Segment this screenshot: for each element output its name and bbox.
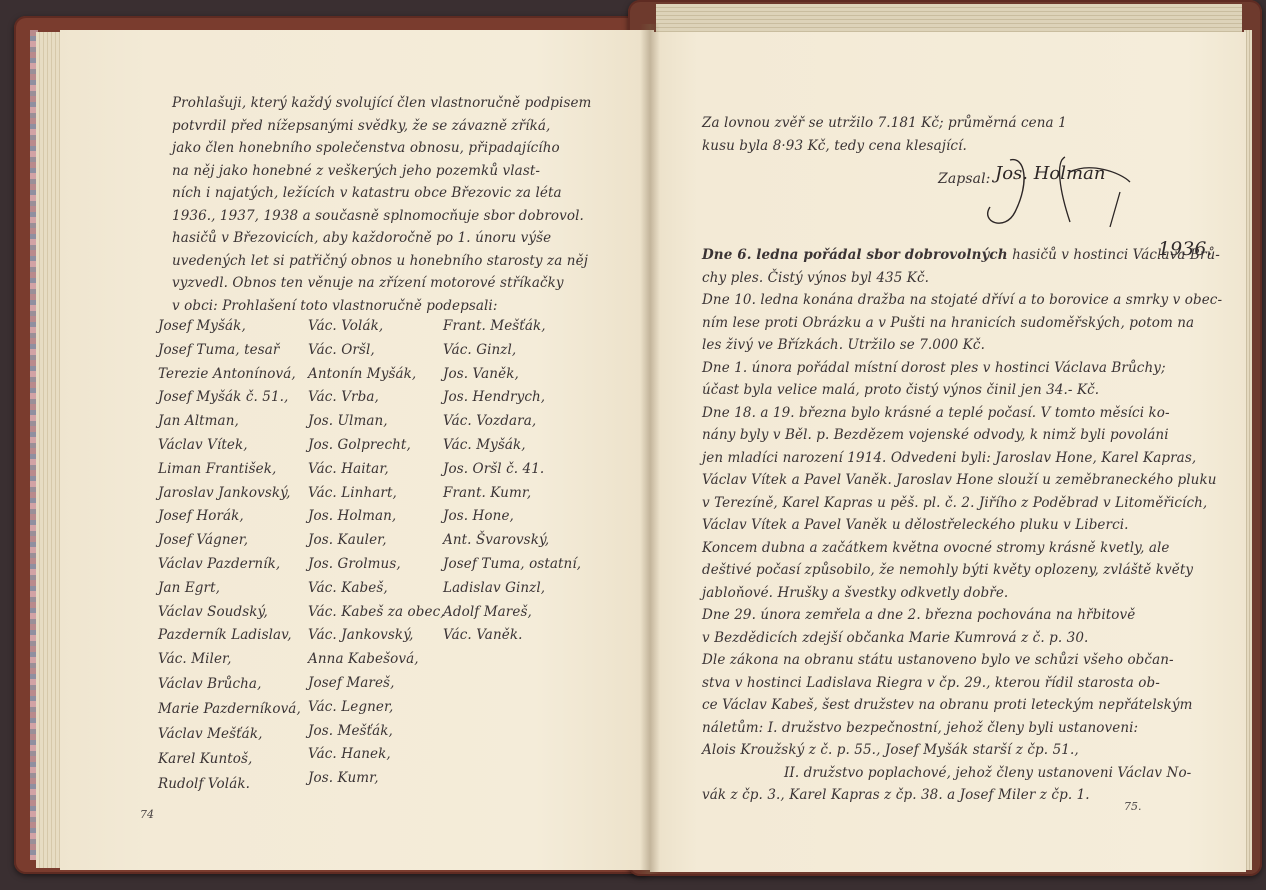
signature: Jan Egrt,	[158, 577, 308, 601]
entry-line: Dne 6. ledna pořádal sbor dobrovolných h…	[702, 244, 1142, 267]
signature: Jos. Golprecht,	[308, 434, 443, 458]
signature: Vác. Myšák,	[443, 434, 588, 458]
signature: Václav Mešťák,	[158, 723, 308, 748]
signature: Václav Pazderník,	[158, 553, 308, 577]
signature: Jos. Hendrych,	[443, 386, 588, 410]
entry-line: Dne 18. a 19. března bylo krásné a teplé…	[702, 402, 1142, 425]
signature: Josef Myšák č. 51.,	[158, 386, 308, 410]
entry-line: Dne 29. února zemřela a dne 2. března po…	[702, 604, 1142, 627]
signature-column-3: Frant. Mešťák, Vác. Ginzl, Jos. Vaněk, J…	[443, 315, 588, 798]
right-page: Za lovnou zvěř se utržilo 7.181 Kč; prům…	[650, 32, 1246, 872]
signature: Josef Myšák,	[158, 315, 308, 339]
signature: Rudolf Volák.	[158, 773, 308, 798]
signature: Marie Pazderníková,	[158, 698, 308, 723]
paragraph-line: uvedených let si patřičný obnos u honebn…	[172, 250, 612, 273]
signature: Vác. Miler,	[158, 648, 308, 673]
signature: Jos. Oršl č. 41.	[443, 458, 588, 482]
paragraph-line: potvrdil před nížepsanými svědky, že se …	[172, 115, 612, 138]
signature: Jos. Grolmus,	[308, 553, 443, 577]
signature: Frant. Kumr,	[443, 482, 588, 506]
signature: Vác. Volák,	[308, 315, 443, 339]
entry-line: Dne 1. února pořádal místní dorost ples …	[702, 357, 1142, 380]
signature: Anna Kabešová,	[308, 648, 443, 672]
signature: Vác. Hanek,	[308, 743, 443, 767]
signature: Vác. Jankovský,	[308, 624, 443, 648]
signature: Vác. Vrba,	[308, 386, 443, 410]
paragraph-line: 1936., 1937, 1938 a současně splnomocňuj…	[172, 205, 612, 228]
signature: Ladislav Ginzl,	[443, 577, 588, 601]
entry-line: náletům: I. družstvo bezpečnostní, jehož…	[702, 717, 1142, 740]
paragraph-line: ních i najatých, ležících v katastru obc…	[172, 182, 612, 205]
entry-line: Alois Kroužský z č. p. 55., Josef Myšák …	[702, 739, 1142, 762]
paragraph-line: Prohlašuji, který každý svolující člen v…	[172, 92, 612, 115]
signature: Antonín Myšák,	[308, 363, 443, 387]
book-gutter	[640, 24, 660, 874]
signature: Jos. Hone,	[443, 505, 588, 529]
signature: Jos. Ulman,	[308, 410, 443, 434]
recorder-signature: Jos. Holman	[995, 160, 1105, 188]
entry-line-rest: hasičů v hostinci Václava Brů-	[1008, 247, 1220, 263]
signature: Vác. Haitar,	[308, 458, 443, 482]
page-number-right: 75.	[1124, 800, 1142, 813]
declaration-paragraph: Prohlašuji, který každý svolující člen v…	[172, 92, 612, 317]
page-stack-top	[656, 4, 1242, 32]
signature: Jos. Vaněk,	[443, 363, 588, 387]
signature: Ant. Švarovský,	[443, 529, 588, 553]
signature: Adolf Mareš,	[443, 601, 588, 625]
signature: Vác. Vaněk.	[443, 624, 588, 648]
signature: Jos. Mešťák,	[308, 720, 443, 744]
entry-line: Dle zákona na obranu státu ustanoveno by…	[702, 649, 1142, 672]
entry-line: Dne 10. ledna konána dražba na stojaté d…	[702, 289, 1142, 312]
signature: Vác. Legner,	[308, 696, 443, 720]
entry-line: deštivé počasí způsobilo, že nemohly být…	[702, 559, 1142, 582]
entry-line: les živý ve Břízkách. Utržilo se 7.000 K…	[702, 334, 1142, 357]
signature: Pazderník Ladislav,	[158, 624, 308, 648]
entry-line: v Bezdědicích zdejší občanka Marie Kumro…	[702, 627, 1142, 650]
entry-line: jabloňové. Hrušky a švestky odkvetly dob…	[702, 582, 1142, 605]
paragraph-line: v obci: Prohlašení toto vlastnoručně pod…	[172, 295, 612, 318]
signature: Vác. Kabeš za obec,	[308, 601, 443, 625]
signature: Terezie Antonínová,	[158, 363, 308, 387]
signature: Vác. Ginzl,	[443, 339, 588, 363]
signature: Václav Soudský,	[158, 601, 308, 625]
signature: Václav Brůcha,	[158, 673, 308, 698]
paragraph-line: jako člen honebního společenstva obnosu,…	[172, 137, 612, 160]
signature-list: Josef Myšák, Josef Tuma, tesař Terezie A…	[158, 315, 588, 798]
signature: Josef Horák,	[158, 505, 308, 529]
page-number-left: 74	[140, 808, 154, 821]
signature-column-1: Josef Myšák, Josef Tuma, tesař Terezie A…	[158, 315, 308, 798]
paragraph-line: vyzvedl. Obnos ten věnuje na zřízení mot…	[172, 272, 612, 295]
entry-line: Václav Vítek a Pavel Vaněk u dělostřelec…	[702, 514, 1142, 537]
entry-line: Koncem dubna a začátkem května ovocné st…	[702, 537, 1142, 560]
signature: Liman František,	[158, 458, 308, 482]
signature: Vác. Vozdara,	[443, 410, 588, 434]
signature-column-2: Vác. Volák, Vác. Oršl, Antonín Myšák, Vá…	[308, 315, 443, 798]
signature: Jan Altman,	[158, 410, 308, 434]
left-page: Prohlašuji, který každý svolující člen v…	[60, 30, 654, 870]
signature: Václav Vítek,	[158, 434, 308, 458]
entry-line: Václav Vítek a Pavel Vaněk. Jaroslav Hon…	[702, 469, 1142, 492]
paragraph-line: hasičů v Březovicích, aby každoročně po …	[172, 227, 612, 250]
entry-line: II. družstvo poplachové, jehož členy ust…	[702, 762, 1142, 785]
signature: Josef Tuma, tesař	[158, 339, 308, 363]
signature: Karel Kuntoš,	[158, 748, 308, 773]
signature: Vác. Oršl,	[308, 339, 443, 363]
signature: Vác. Linhart,	[308, 482, 443, 506]
page-stack-left	[36, 32, 62, 868]
entry-line: vák z čp. 3., Karel Kapras z čp. 38. a J…	[702, 784, 1142, 807]
signature: Jaroslav Jankovský,	[158, 482, 308, 506]
signature: Josef Tuma, ostatní,	[443, 553, 588, 577]
entry-line: ním lese proti Obrázku a v Pušti na hran…	[702, 312, 1142, 335]
signature: Jos. Kauler,	[308, 529, 443, 553]
signature: Josef Vágner,	[158, 529, 308, 553]
signature: Frant. Mešťák,	[443, 315, 588, 339]
game-sale-note: Za lovnou zvěř se utržilo 7.181 Kč; prům…	[702, 112, 1122, 157]
entry-line: účast byla velice malá, proto čistý výno…	[702, 379, 1142, 402]
note-line: Za lovnou zvěř se utržilo 7.181 Kč; prům…	[702, 112, 1122, 135]
chronicle-entries: Dne 6. ledna pořádal sbor dobrovolných h…	[702, 244, 1142, 807]
entry-line: chy ples. Čistý výnos byl 435 Kč.	[702, 267, 1142, 290]
signature: Josef Mareš,	[308, 672, 443, 696]
entry-line: v Terezíně, Karel Kapras u pěš. pl. č. 2…	[702, 492, 1142, 515]
paragraph-line: na něj jako honebné z veškerých jeho poz…	[172, 160, 612, 183]
signature: Jos. Kumr,	[308, 767, 443, 791]
entry-line: ce Václav Kabeš, šest družstev na obranu…	[702, 694, 1142, 717]
entry-line: nány byly v Běl. p. Bezdězem vojenské od…	[702, 424, 1142, 447]
signature: Jos. Holman,	[308, 505, 443, 529]
entry-line-emphasis: Dne 6. ledna pořádal sbor dobrovolných	[702, 247, 1008, 263]
entry-line: stva v hostinci Ladislava Riegra v čp. 2…	[702, 672, 1142, 695]
signature: Vác. Kabeš,	[308, 577, 443, 601]
entry-line: jen mladíci narození 1914. Odvedeni byli…	[702, 447, 1142, 470]
